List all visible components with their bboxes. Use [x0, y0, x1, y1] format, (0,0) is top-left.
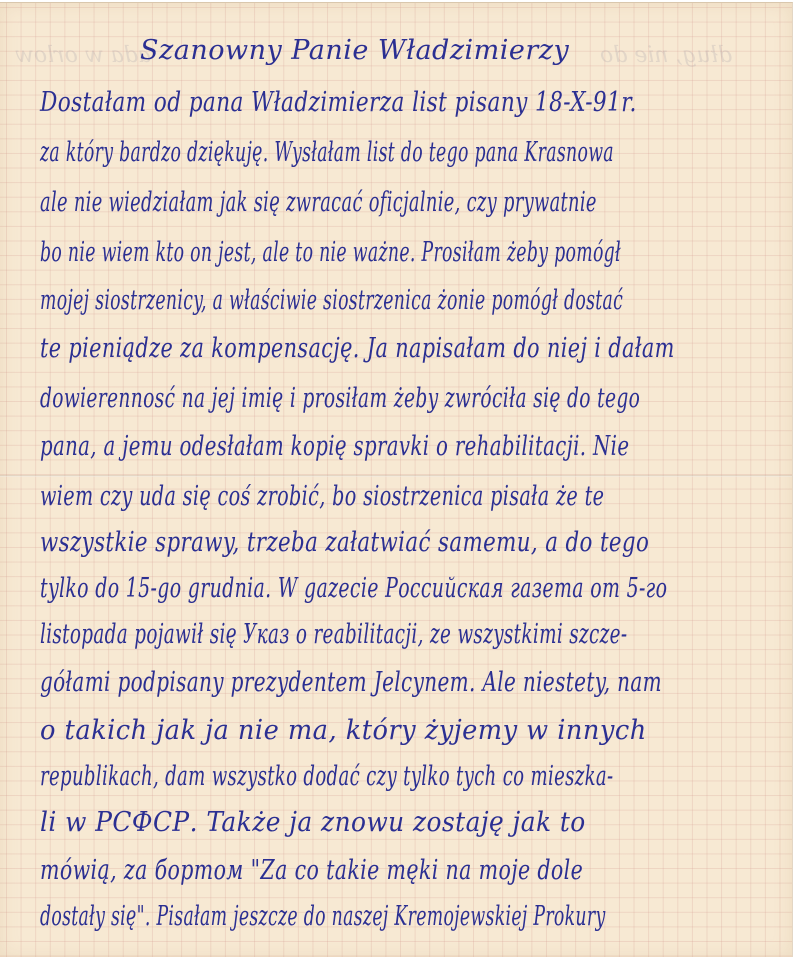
letter-line-12: listopada pojawił się Указ o reabilitacj… — [40, 619, 627, 650]
letter-line-1: Dostałam od pana Władzimierza list pisan… — [40, 87, 637, 118]
paper-fold-line — [0, 475, 792, 477]
bleed-through-text: ada w orlow — [15, 43, 151, 68]
letter-line-10: wszystkie sprawy, trzeba załatwiać samem… — [40, 527, 649, 558]
letter-line-8: pana, a jemu odesłałam kopię spravki o r… — [40, 431, 629, 462]
letter-line-5: mojej siostrzenicy, a właściwie siostrze… — [40, 285, 623, 316]
letter-line-13: gółami podpisany prezydentem Jelcynem. A… — [40, 667, 662, 698]
letter-line-17: mówią, za бортом "Za co takie męki na mo… — [40, 855, 583, 886]
letter-line-7: dowierennosć na jej imię i prosiłam żeby… — [40, 383, 640, 414]
letter-line-15: republikach, dam wszystko dodać czy tylk… — [40, 761, 613, 792]
letter-line-4: bo nie wiem kto on jest, ale to nie ważn… — [40, 237, 621, 268]
letter-line-18: dostały się". Pisałam jeszcze do naszej … — [40, 901, 606, 932]
letter-line-9: wiem czy uda się coś zrobić, bo siostrze… — [40, 481, 604, 512]
graph-paper-sheet: dług, nie do ada w orlow Szanowny Panie … — [0, 2, 793, 957]
bleed-through-text: dług, nie do — [600, 43, 732, 68]
letter-salutation: Szanowny Panie Władzimierzy — [140, 35, 569, 66]
letter-line-3: ale nie wiedziałam jak się zwracać oficj… — [40, 187, 597, 218]
letter-line-16: li w РСФСР. Także ja znowu zostaję jak t… — [40, 807, 586, 838]
letter-line-2: za który bardzo dziękuję. Wysłałam list … — [40, 137, 614, 168]
letter-line-6: te pieniądze za kompensację. Ja napisała… — [40, 333, 675, 364]
letter-line-11: tylko do 15-go grudnia. W gazecie Россий… — [40, 573, 667, 604]
letter-line-14: o takich jak ja nie ma, który żyjemy w i… — [40, 715, 647, 746]
